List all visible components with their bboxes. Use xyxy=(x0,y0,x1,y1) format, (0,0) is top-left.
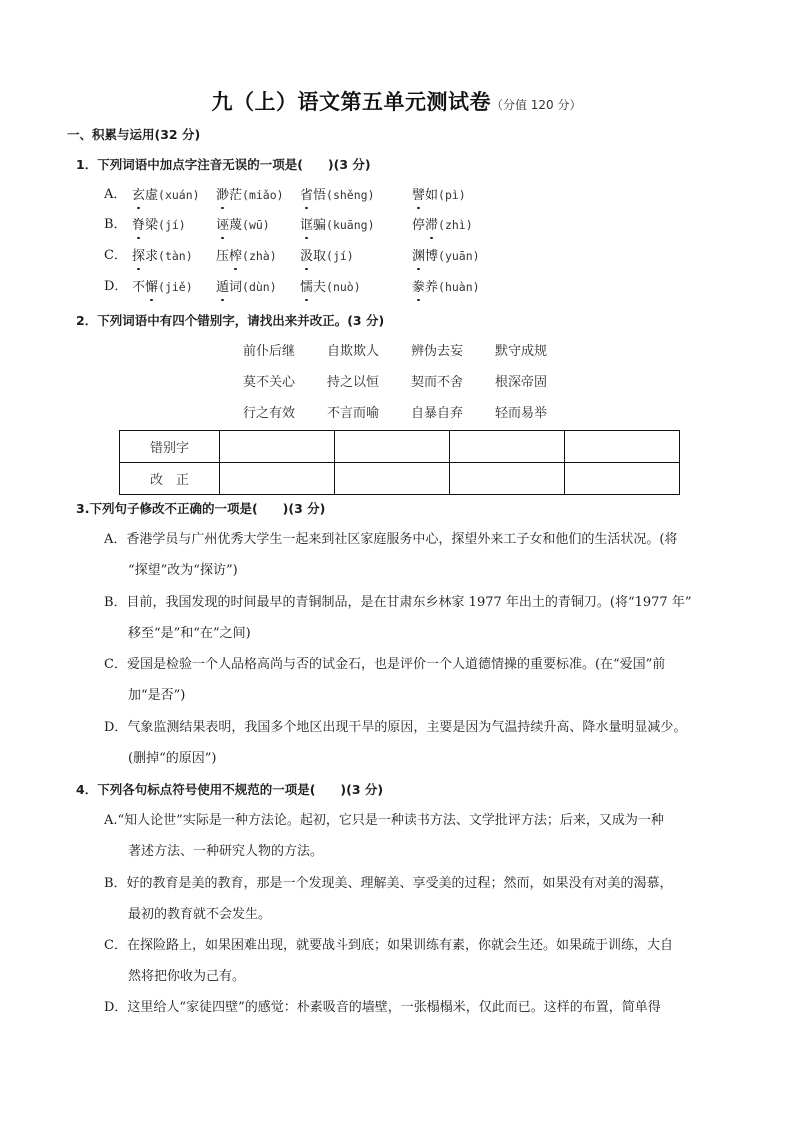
idiom: 自暴自弃 xyxy=(411,405,463,423)
question-3-stem: 3.下列句子修改不正确的一项是( )(3 分) xyxy=(76,500,325,518)
idiom: 持之以恒 xyxy=(327,374,379,392)
q4-option-b-line2: 最初的教育就不会发生。 xyxy=(128,906,271,924)
option-word: 压榨(zhà) xyxy=(216,247,277,266)
idiom: 行之有效 xyxy=(243,405,295,423)
option-word: 豢养(huàn) xyxy=(412,278,480,297)
idiom: 不言而喻 xyxy=(327,405,379,423)
option-word: 渺茫(miǎo) xyxy=(216,186,284,205)
question-2-stem: 2．下列词语中有四个错别字，请找出来并改正。(3 分) xyxy=(76,312,384,330)
q3-option-a-line1: A．香港学员与广州优秀大学生一起来到社区家庭服务中心，探望外来工子女和他们的生活… xyxy=(104,531,677,549)
idiom: 莫不关心 xyxy=(243,374,295,392)
q3-option-d-line1: D．气象监测结果表明，我国多个地区出现干旱的原因，主要是因为气温持续升高、降水量… xyxy=(104,719,686,737)
option-word: 停滞(zhì) xyxy=(412,216,473,235)
correction-table: 错别字 改 正 xyxy=(119,430,680,495)
question-1-stem: 1．下列词语中加点字注音无误的一项是( )(3 分) xyxy=(76,156,371,174)
page-title: 九（上）语文第五单元测试卷（分值 120 分） xyxy=(0,86,793,116)
q4-option-a-line2: 著述方法、一种研究人物的方法。 xyxy=(128,843,323,861)
answer-cell[interactable] xyxy=(450,463,565,495)
idiom: 辨伪去妄 xyxy=(411,343,463,361)
option-word: 譬如(pì) xyxy=(412,186,466,205)
row-label-wrong-char: 错别字 xyxy=(120,431,220,463)
option-word: 遁词(dùn) xyxy=(216,278,277,297)
option-label: D． xyxy=(104,278,127,296)
q3-option-b-line2: 移至“是”和“在”之间) xyxy=(128,625,251,643)
row-label-correction: 改 正 xyxy=(120,463,220,495)
q4-option-c-line2: 然将把你收为己有。 xyxy=(128,968,245,986)
title-text: 九（上）语文第五单元测试卷 xyxy=(211,90,491,114)
question-4-stem: 4．下列各句标点符号使用不规范的一项是( )(3 分) xyxy=(76,781,383,799)
option-word: 渊博(yuān) xyxy=(412,247,480,266)
option-word: 汲取(jí) xyxy=(300,247,354,266)
idiom: 轻而易举 xyxy=(495,405,547,423)
option-word: 脊梁(jí) xyxy=(132,216,186,235)
idiom: 自欺欺人 xyxy=(327,343,379,361)
idiom: 默守成规 xyxy=(495,343,547,361)
option-word: 懦夫(nuò) xyxy=(300,278,361,297)
q3-option-b-line1: B．目前，我国发现的时间最早的青铜制品，是在甘肃东乡林家 1977 年出土的青铜… xyxy=(104,594,691,612)
table-row: 改 正 xyxy=(120,463,680,495)
q4-option-c-line1: C．在探险路上，如果困难出现，就要战斗到底；如果训练有素，你就会生还。如果疏于训… xyxy=(104,937,673,955)
exam-page: 九（上）语文第五单元测试卷（分值 120 分） 一、积累与运用(32 分) 1．… xyxy=(0,0,793,1122)
q4-option-d-line1: D．这里给人“家徒四壁”的感觉：朴素吸音的墙壁，一张榻榻米，仅此而已。这样的布置… xyxy=(104,999,661,1017)
table-row: 错别字 xyxy=(120,431,680,463)
option-word: 探求(tàn) xyxy=(132,247,193,266)
q4-option-b-line1: B．好的教育是美的教育，那是一个发现美、理解美、享受美的过程；然而，如果没有对美… xyxy=(104,875,673,893)
section-heading: 一、积累与运用(32 分) xyxy=(67,126,200,144)
option-word: 省悟(shěng) xyxy=(300,186,375,205)
idiom: 根深帝固 xyxy=(495,374,547,392)
idiom: 契而不舍 xyxy=(411,374,463,392)
option-word: 玄虚(xuán) xyxy=(132,186,200,205)
answer-cell[interactable] xyxy=(220,463,335,495)
option-label: B． xyxy=(104,216,127,234)
option-word: 不懈(jiě) xyxy=(132,278,193,297)
score-note: （分值 120 分） xyxy=(491,98,582,112)
q3-option-c-line1: C．爱国是检验一个人品格高尚与否的试金石，也是评价一个人道德情操的重要标准。(在… xyxy=(104,656,665,674)
answer-cell[interactable] xyxy=(565,431,680,463)
q4-option-a-line1: A.“知人论世”实际是一种方法论。起初，它只是一种读书方法、文学批评方法；后来，… xyxy=(104,812,664,830)
answer-cell[interactable] xyxy=(335,463,450,495)
option-label: C． xyxy=(104,247,127,265)
answer-cell[interactable] xyxy=(220,431,335,463)
answer-cell[interactable] xyxy=(565,463,680,495)
q3-option-a-line2: “探望”改为“探访”) xyxy=(128,562,238,580)
q3-option-d-line2: (删掉“的原因”) xyxy=(128,750,216,768)
option-label: A． xyxy=(104,186,126,204)
idiom: 前仆后继 xyxy=(243,343,295,361)
q3-option-c-line2: 加“是否”) xyxy=(128,687,185,705)
answer-cell[interactable] xyxy=(335,431,450,463)
option-word: 诓骗(kuāng) xyxy=(300,216,375,235)
option-word: 诬蔑(wū) xyxy=(216,216,270,235)
answer-cell[interactable] xyxy=(450,431,565,463)
